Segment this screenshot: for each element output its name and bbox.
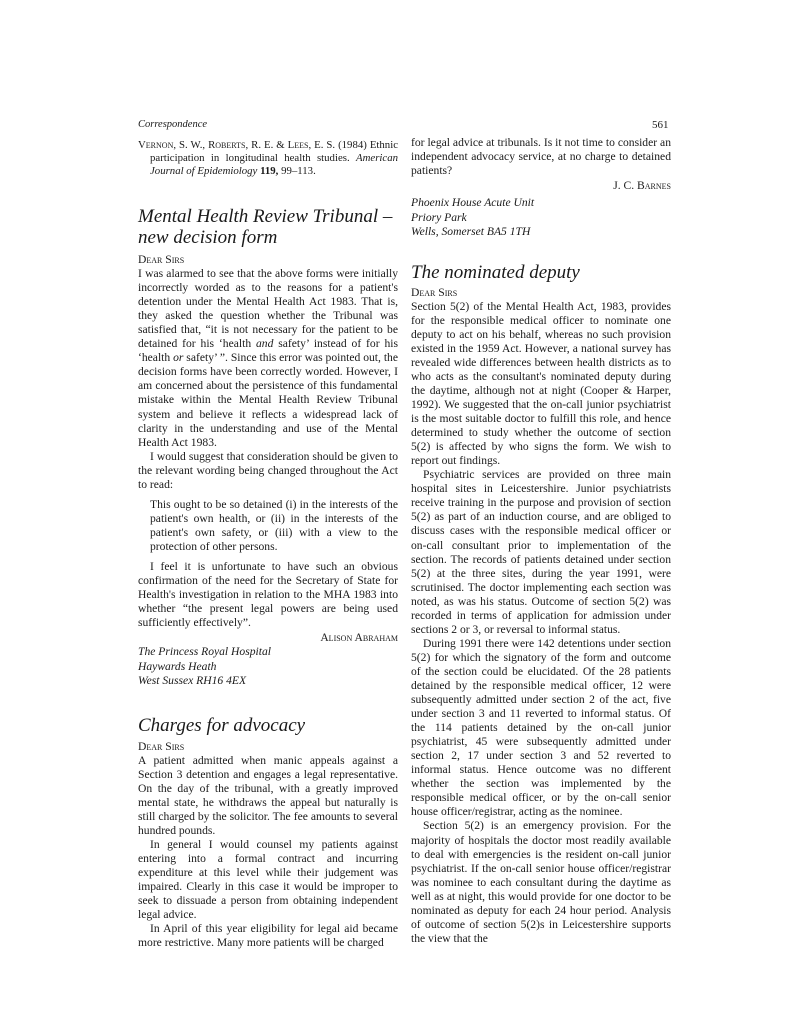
journal-page: Correspondence 561 Vernon, S. W., Robert… [0,0,800,1036]
address-line: The Princess Royal Hospital [138,645,398,660]
address-line: Priory Park [411,211,671,226]
address-line: West Sussex RH16 4EX [138,674,398,689]
address-line: Haywards Heath [138,660,398,675]
letter2-address: Phoenix House Acute Unit Priory Park Wel… [411,196,671,240]
reference-authors: Vernon, S. W., Roberts, R. E. & Lees, E.… [138,139,335,151]
letter1-signature: Alison Abraham [138,631,398,645]
letter3-salutation: Dear Sirs [411,286,671,300]
letter2-paragraph-1: A patient admitted when manic appeals ag… [138,754,398,838]
left-column: Vernon, S. W., Roberts, R. E. & Lees, E.… [138,139,398,950]
letter3-title: The nominated deputy [411,262,671,283]
letter1-title: Mental Health Review Tribunal – new deci… [138,206,398,248]
letter1-paragraph-2: I would suggest that consideration shoul… [138,450,398,492]
page-number: 561 [652,119,669,131]
reference-pages: 99–113. [278,165,315,177]
letter2-salutation: Dear Sirs [138,740,398,754]
address-line: Wells, Somerset BA5 1TH [411,225,671,240]
address-line: Phoenix House Acute Unit [411,196,671,211]
letter1-paragraph-1: I was alarmed to see that the above form… [138,267,398,450]
letter2-paragraph-3-start: In April of this year eligibility for le… [138,922,398,950]
right-column: for legal advice at tribunals. Is it not… [411,136,671,946]
letter3-paragraph-4: Section 5(2) is an emergency provision. … [411,819,671,945]
letter2-paragraph-2: In general I would counsel my patients a… [138,838,398,922]
letter1-block-quote: This ought to be so detained (i) in the … [138,498,398,554]
letter2-signature: J. C. Barnes [411,179,671,193]
reference-entry: Vernon, S. W., Roberts, R. E. & Lees, E.… [138,139,398,178]
letter3-paragraph-2: Psychiatric services are provided on thr… [411,468,671,637]
reference-volume: 119, [260,165,278,177]
letter1-paragraph-3: I feel it is unfortunate to have such an… [138,560,398,630]
letter3-paragraph-3: During 1991 there were 142 detentions un… [411,637,671,820]
running-head: Correspondence [138,119,207,130]
letter1-address: The Princess Royal Hospital Haywards Hea… [138,645,398,689]
letter1-salutation: Dear Sirs [138,253,398,267]
letter2-title: Charges for advocacy [138,715,398,736]
letter2-paragraph-3-continued: for legal advice at tribunals. Is it not… [411,136,671,178]
letter3-paragraph-1: Section 5(2) of the Mental Health Act, 1… [411,300,671,469]
